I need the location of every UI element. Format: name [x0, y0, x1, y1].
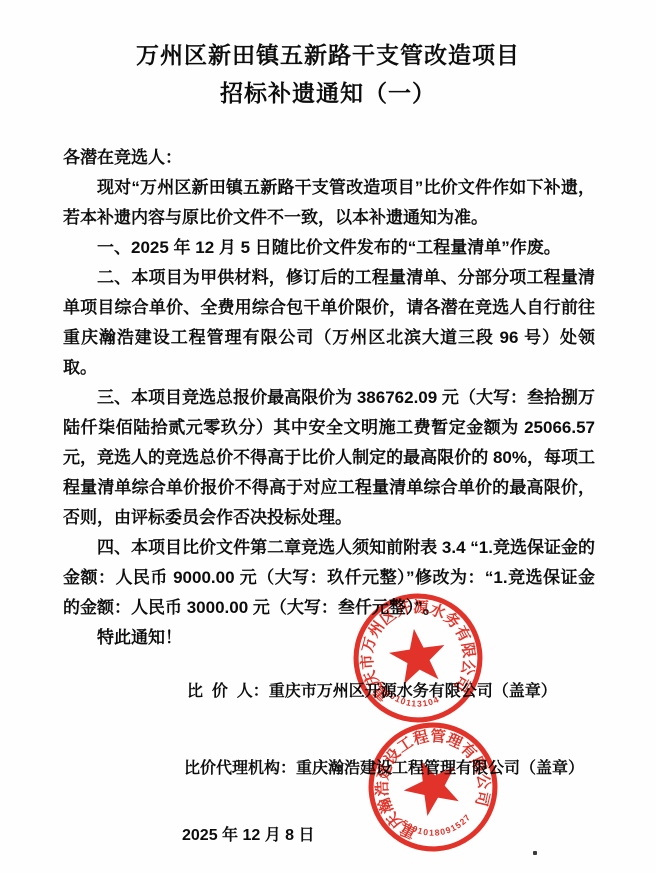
title-line-notice: 招标补遗通知（一） [0, 74, 656, 112]
document-title: 万州区新田镇五新路干支管改造项目 招标补遗通知（一） [0, 36, 656, 112]
scan-speck [533, 851, 537, 855]
star-icon [386, 625, 449, 686]
round-seal-icon: 重庆市万州区开源水务有限公司 501010113104 [351, 591, 485, 725]
salutation: 各潜在竞选人： [63, 143, 595, 173]
paragraph-item-2: 二、本项目为甲供材料，修订后的工程量清单、分部分项工程量清单项目综合单价、全费用… [63, 263, 595, 383]
company-seal-water-utility: 重庆市万州区开源水务有限公司 501010113104 [351, 591, 485, 725]
closing-line: 特此通知！ [63, 623, 595, 653]
document-body: 各潜在竞选人： 现对“万州区新田镇五新路干支管改造项目”比价文件作如下补遗，若本… [63, 143, 595, 653]
company-seal-agency: 重庆瀚浩建设工程管理有限公司 5001018091527 [366, 720, 500, 854]
star-icon [395, 748, 468, 820]
paragraph-item-3: 三、本项目竞选总报价最高限价为 386762.09 元（大写：叁拾捌万陆仟柒佰陆… [63, 383, 595, 533]
paragraph-item-1: 一、2025 年 12 月 5 日随比价文件发布的“工程量清单”作废。 [63, 233, 595, 263]
notice-document-page: 万州区新田镇五新路干支管改造项目 招标补遗通知（一） 各潜在竞选人： 现对“万州… [0, 0, 656, 873]
round-seal-icon: 重庆瀚浩建设工程管理有限公司 5001018091527 [366, 720, 500, 854]
document-date: 2025 年 12 月 8 日 [182, 822, 315, 845]
paragraph-intro: 现对“万州区新田镇五新路干支管改造项目”比价文件作如下补遗，若本补遗内容与原比价… [63, 173, 595, 233]
title-line-project: 万州区新田镇五新路干支管改造项目 [0, 36, 656, 74]
paragraph-item-4: 四、本项目比价文件第二章竞选人须知前附表 3.4 “1.竞选保证金的金额：人民币… [63, 533, 595, 623]
